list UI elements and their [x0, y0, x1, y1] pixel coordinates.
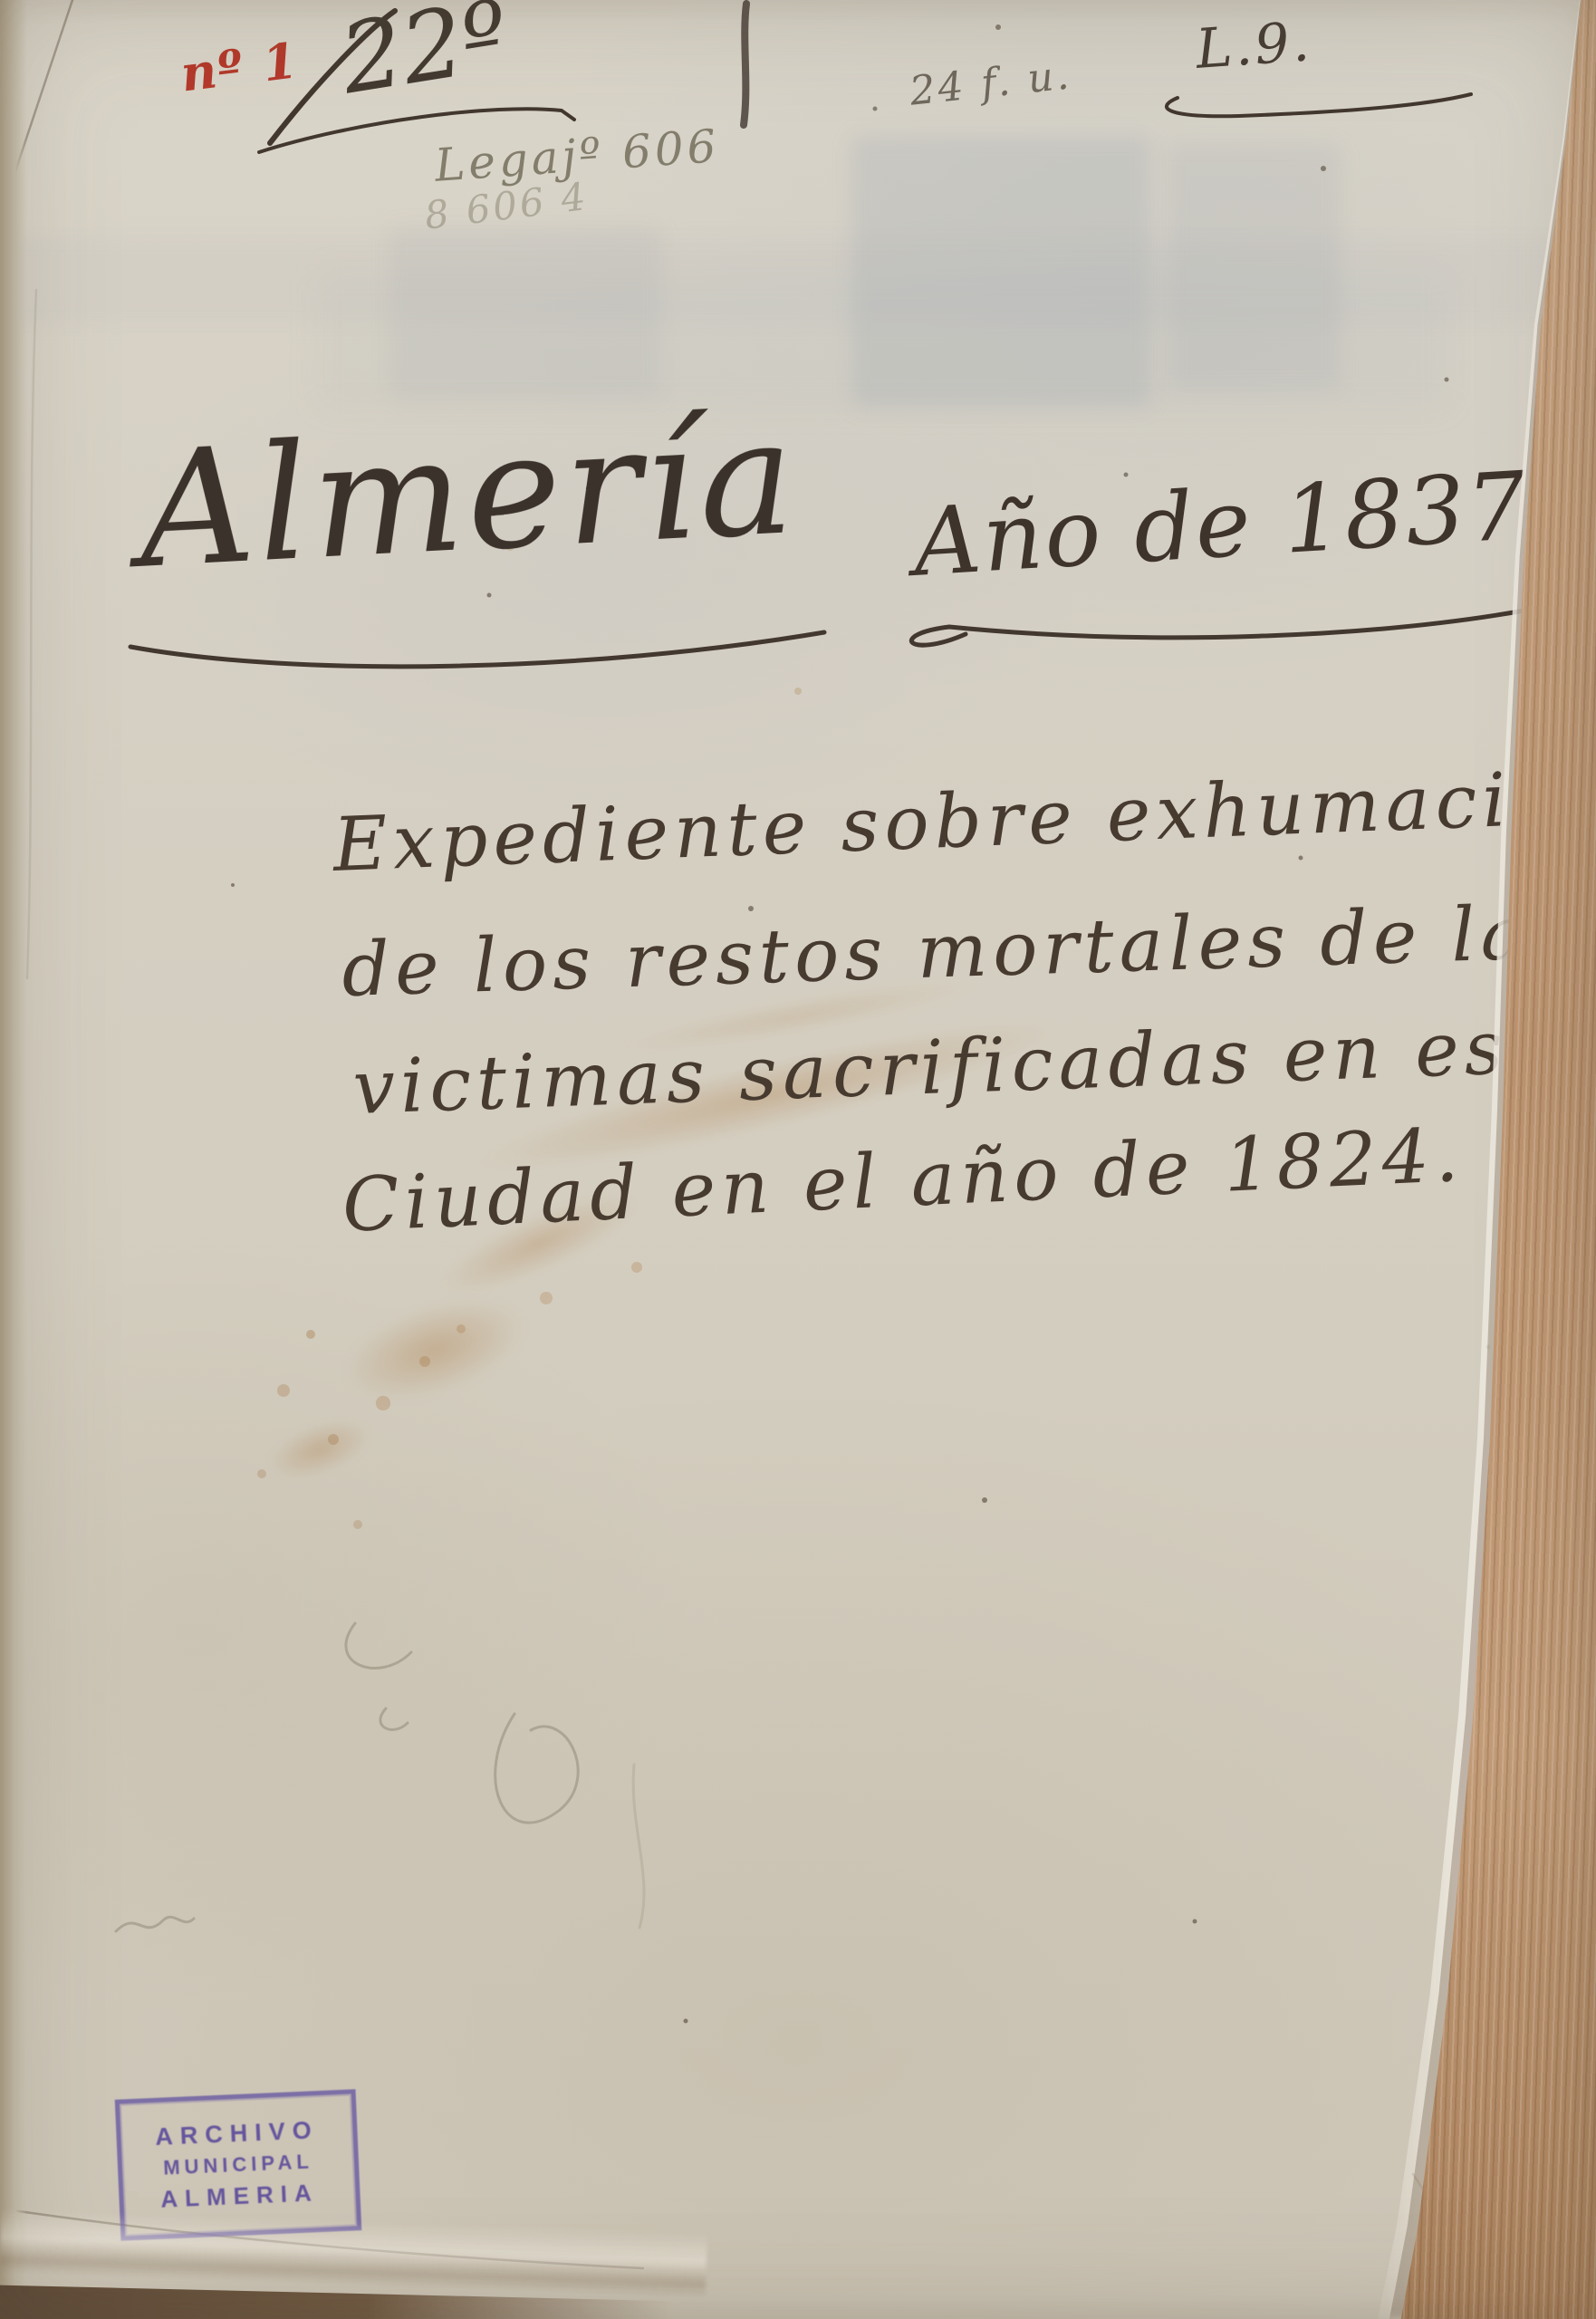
stamp-line: ALMERIA	[160, 2179, 320, 2214]
manuscript-line: victimas sacrificadas en esta	[351, 1002, 1594, 1131]
title-year: Año de 1837.	[910, 449, 1562, 597]
folio-mark: 22º	[333, 0, 516, 115]
stamp-line: MUNICIPAL	[163, 2150, 314, 2179]
stamp-line: ARCHIVO	[155, 2116, 320, 2151]
scanner-band	[0, 237, 1596, 324]
manuscript-line: Ciudad en el año de 1824.	[341, 1112, 1466, 1249]
pencil-foliation: 24 f. u.	[908, 52, 1073, 114]
red-index-number: nº 1	[178, 31, 302, 102]
manuscript-line: de los restos mortales de las	[341, 889, 1575, 1014]
bottom-fold-crease	[0, 2208, 707, 2296]
manuscript-cover-page: nº 1 22º 24 f. u. L.9. Legajº 606 8 606 …	[0, 0, 1596, 2319]
ink-stain	[235, 1389, 404, 1509]
ink-stain	[286, 1247, 584, 1452]
left-paper-edge	[0, 0, 27, 2319]
letter-reference: L.9.	[1194, 10, 1314, 82]
title-place: Almería	[134, 384, 803, 604]
ghost-stamp	[1168, 145, 1341, 390]
manuscript-line: Expediente sobre exhumacion	[332, 754, 1596, 889]
ghost-stamp	[851, 136, 1150, 408]
ghost-stamp	[389, 226, 661, 399]
